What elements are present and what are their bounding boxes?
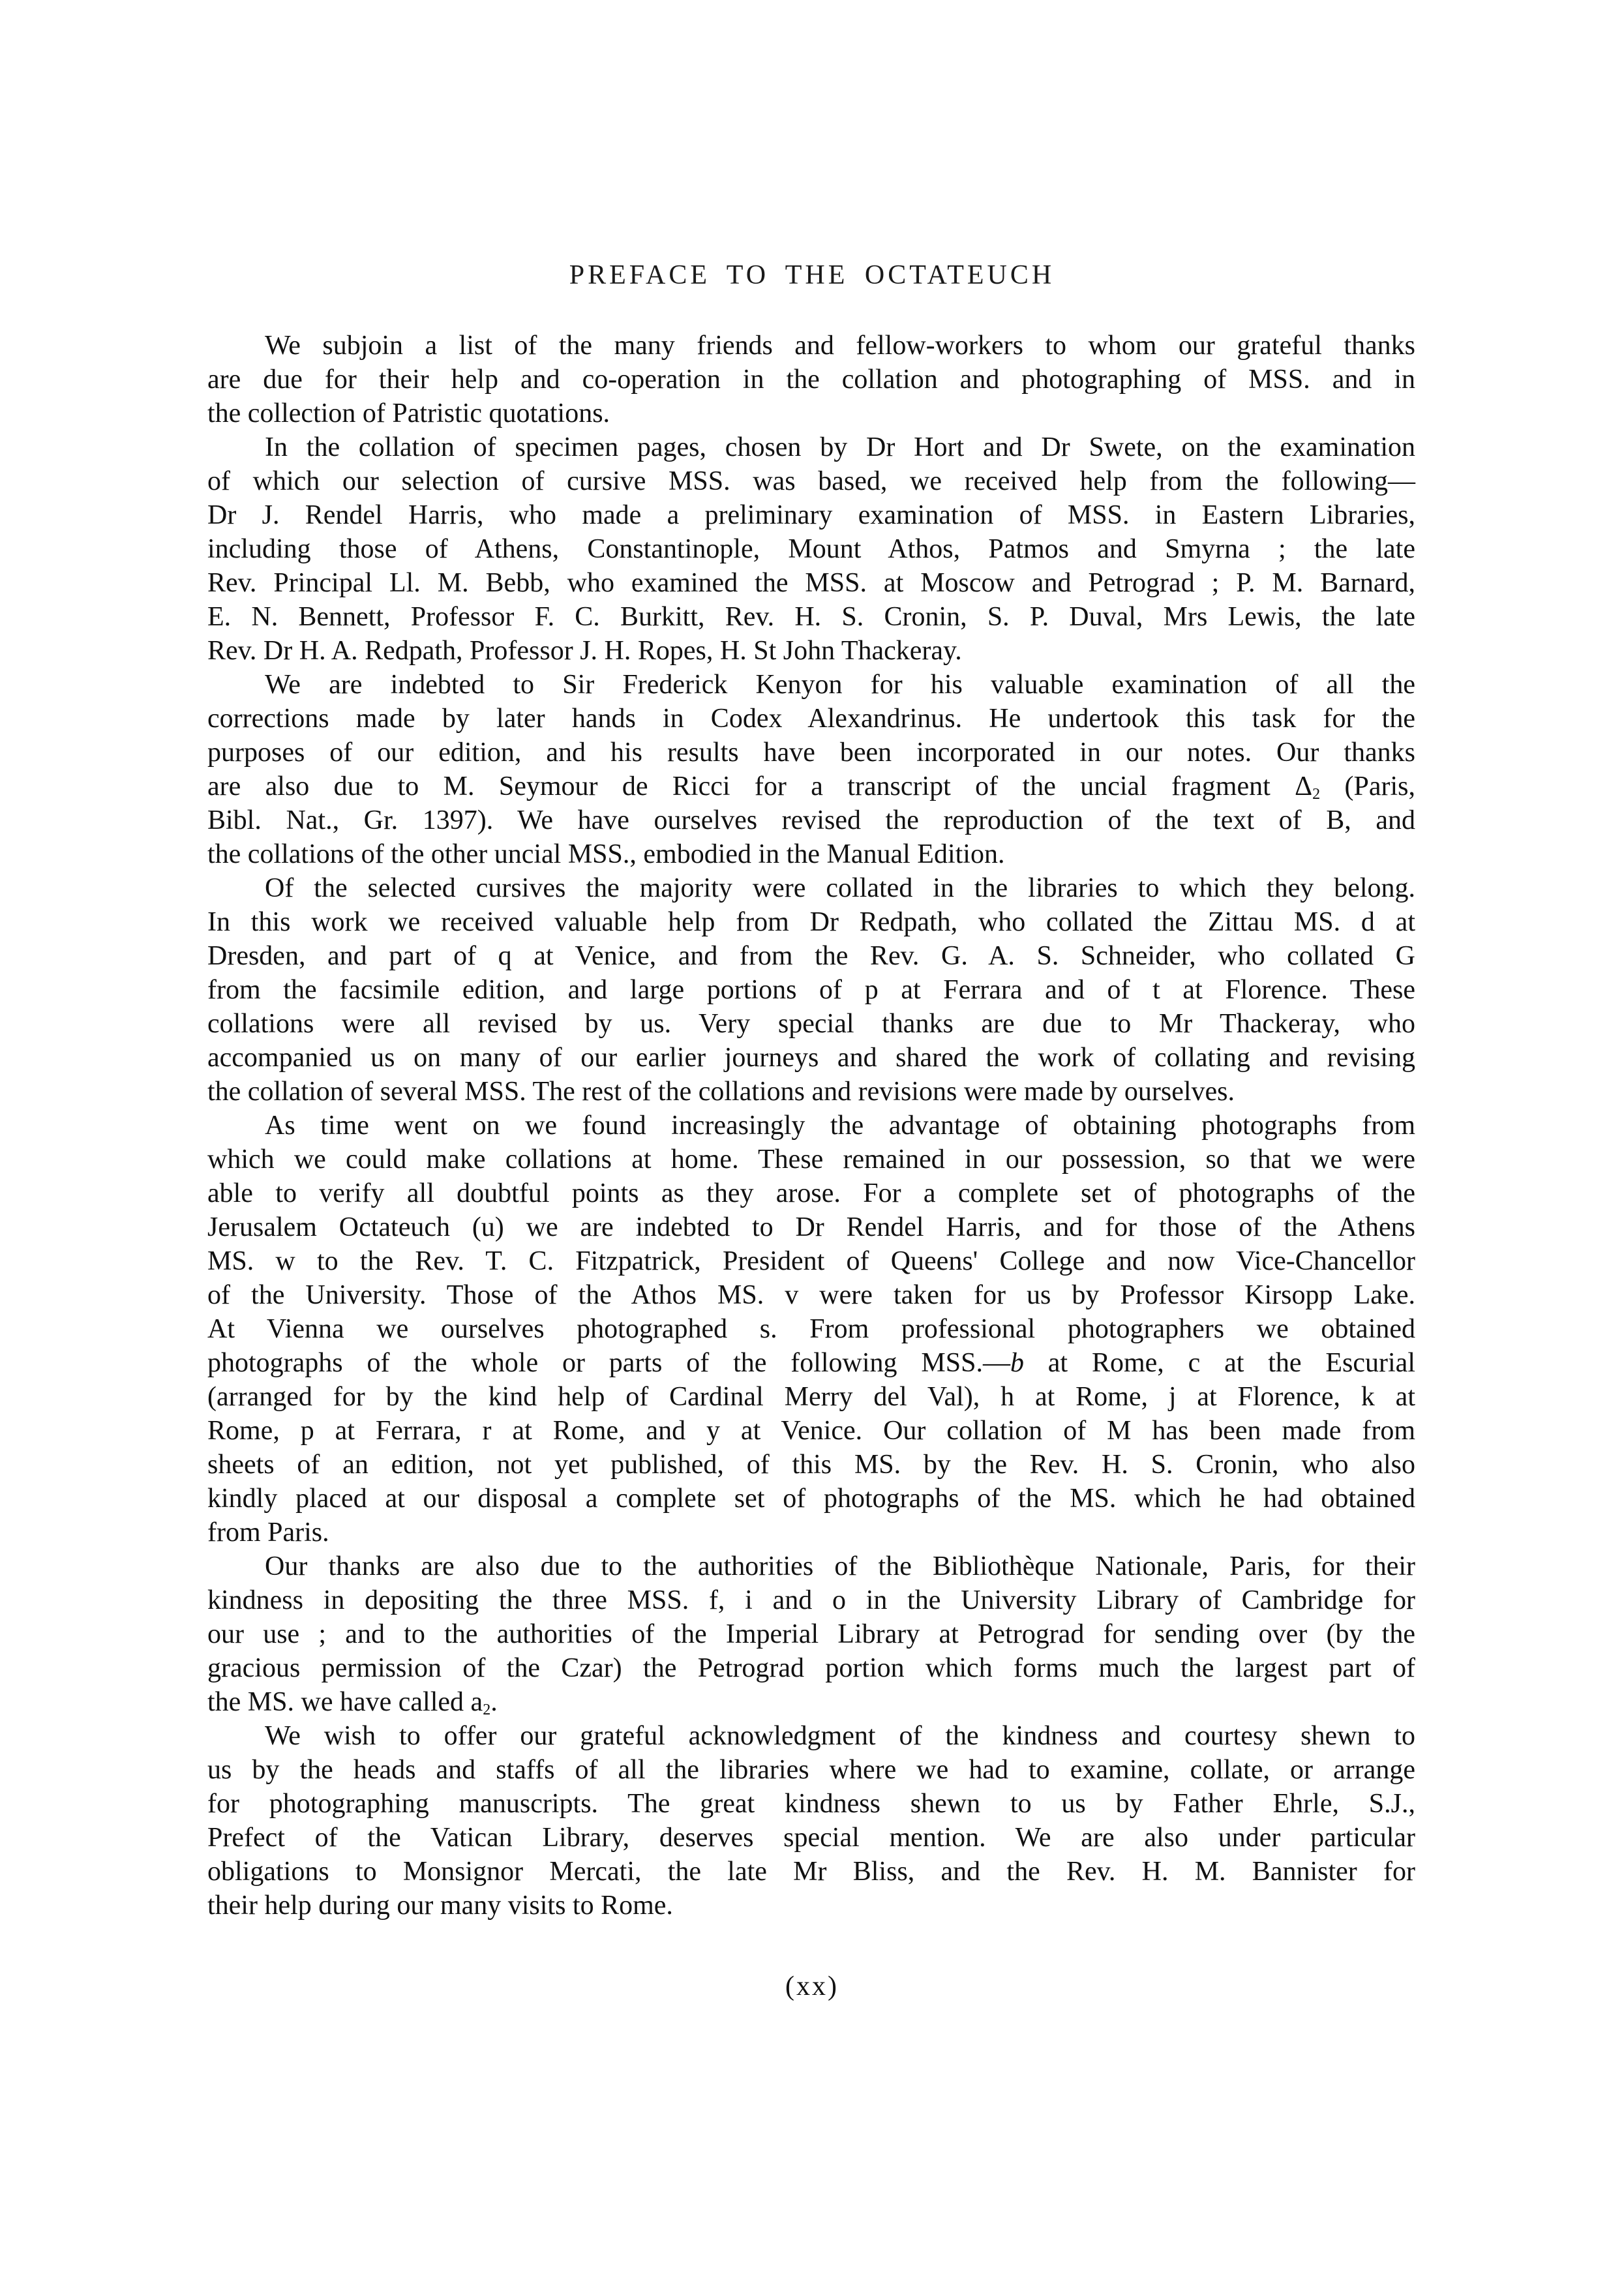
paragraph-5: As time went on we found increasingly th… (207, 1109, 1415, 1549)
text-line: Bibl. Nat., Gr. 1397). We have ourselves… (207, 803, 1415, 837)
text-line: are due for their help and co-operation … (207, 363, 1415, 396)
page-number: (xx) (0, 1971, 1624, 2002)
text-line: In this work we received valuable help f… (207, 905, 1415, 939)
text-line: the collection of Patristic quotations. (207, 396, 1415, 430)
text-line: MS. w to the Rev. T. C. Fitzpatrick, Pre… (207, 1244, 1415, 1278)
text-line: Our thanks are also due to the authoriti… (207, 1549, 1415, 1583)
text-line: kindness in depositing the three MSS. f,… (207, 1583, 1415, 1617)
text-line: Rome, p at Ferrara, r at Rome, and y at … (207, 1414, 1415, 1448)
text-line: their help during our many visits to Rom… (207, 1889, 1415, 1922)
text-line: We wish to offer our grateful acknowledg… (207, 1719, 1415, 1753)
text-line: the collations of the other uncial MSS.,… (207, 837, 1415, 871)
text-line: Dr J. Rendel Harris, who made a prelimin… (207, 498, 1415, 532)
text-line: the MS. we have called a2. (207, 1685, 1415, 1719)
text-line: Dresden, and part of q at Venice, and fr… (207, 939, 1415, 973)
text-line: obligations to Monsignor Mercati, the la… (207, 1855, 1415, 1889)
paragraph-1: We subjoin a list of the many friends an… (207, 329, 1415, 430)
paragraph-6: Our thanks are also due to the authoriti… (207, 1549, 1415, 1719)
paragraph-7: We wish to offer our grateful acknowledg… (207, 1719, 1415, 1922)
text-line: In the collation of specimen pages, chos… (207, 430, 1415, 464)
delta-subscript: 2 (1312, 786, 1320, 803)
text-line: for photographing manuscripts. The great… (207, 1787, 1415, 1821)
text-line: the collation of several MSS. The rest o… (207, 1075, 1415, 1109)
text-fragment: at Rome, c at the Escurial (1024, 1348, 1415, 1378)
text-line: We subjoin a list of the many friends an… (207, 329, 1415, 363)
paragraph-3: We are indebted to Sir Frederick Kenyon … (207, 668, 1415, 871)
text-line: collations were all revised by us. Very … (207, 1007, 1415, 1041)
text-line: our use ; and to the authorities of the … (207, 1617, 1415, 1651)
text-line: of the University. Those of the Athos MS… (207, 1278, 1415, 1312)
text-line: gracious permission of the Czar) the Pet… (207, 1651, 1415, 1685)
text-line: from Paris. (207, 1516, 1415, 1549)
text-line: Jerusalem Octateuch (u) we are indebted … (207, 1210, 1415, 1244)
italic-siglum: b (1010, 1348, 1024, 1378)
text-line: At Vienna we ourselves photographed s. F… (207, 1312, 1415, 1346)
a-subscript: 2 (483, 1701, 490, 1718)
text-fragment: photographs of the whole or parts of the… (207, 1348, 1010, 1378)
text-line: Of the selected cursives the majority we… (207, 871, 1415, 905)
paragraph-2: In the collation of specimen pages, chos… (207, 430, 1415, 668)
text-line: including those of Athens, Constantinopl… (207, 532, 1415, 566)
text-line: from the facsimile edition, and large po… (207, 973, 1415, 1007)
text-line: which we could make collations at home. … (207, 1143, 1415, 1176)
text-line: Rev. Principal Ll. M. Bebb, who examined… (207, 566, 1415, 600)
text-line: (arranged for by the kind help of Cardin… (207, 1380, 1415, 1414)
text-fragment: . (490, 1687, 498, 1717)
document-page: PREFACE TO THE OCTATEUCH We subjoin a li… (0, 0, 1624, 2289)
text-line: kindly placed at our disposal a complete… (207, 1482, 1415, 1516)
paragraph-4: Of the selected cursives the majority we… (207, 871, 1415, 1109)
text-line: Prefect of the Vatican Library, deserves… (207, 1821, 1415, 1855)
text-line: are also due to M. Seymour de Ricci for … (207, 770, 1415, 803)
text-line: able to verify all doubtful points as th… (207, 1176, 1415, 1210)
text-fragment: (Paris, (1320, 771, 1415, 801)
text-line: photographs of the whole or parts of the… (207, 1346, 1415, 1380)
text-line: purposes of our edition, and his results… (207, 736, 1415, 770)
text-line: As time went on we found increasingly th… (207, 1109, 1415, 1143)
text-line: We are indebted to Sir Frederick Kenyon … (207, 668, 1415, 702)
page-title: PREFACE TO THE OCTATEUCH (0, 260, 1624, 291)
text-line: corrections made by later hands in Codex… (207, 702, 1415, 736)
text-line: of which our selection of cursive MSS. w… (207, 464, 1415, 498)
text-line: Rev. Dr H. A. Redpath, Professor J. H. R… (207, 634, 1415, 668)
text-fragment: the MS. we have called a (207, 1687, 483, 1717)
text-line: sheets of an edition, not yet published,… (207, 1448, 1415, 1482)
text-line: us by the heads and staffs of all the li… (207, 1753, 1415, 1787)
text-line: accompanied us on many of our earlier jo… (207, 1041, 1415, 1075)
text-line: E. N. Bennett, Professor F. C. Burkitt, … (207, 600, 1415, 634)
text-fragment: are also due to M. Seymour de Ricci for … (207, 771, 1312, 801)
preface-body: We subjoin a list of the many friends an… (207, 329, 1415, 1922)
